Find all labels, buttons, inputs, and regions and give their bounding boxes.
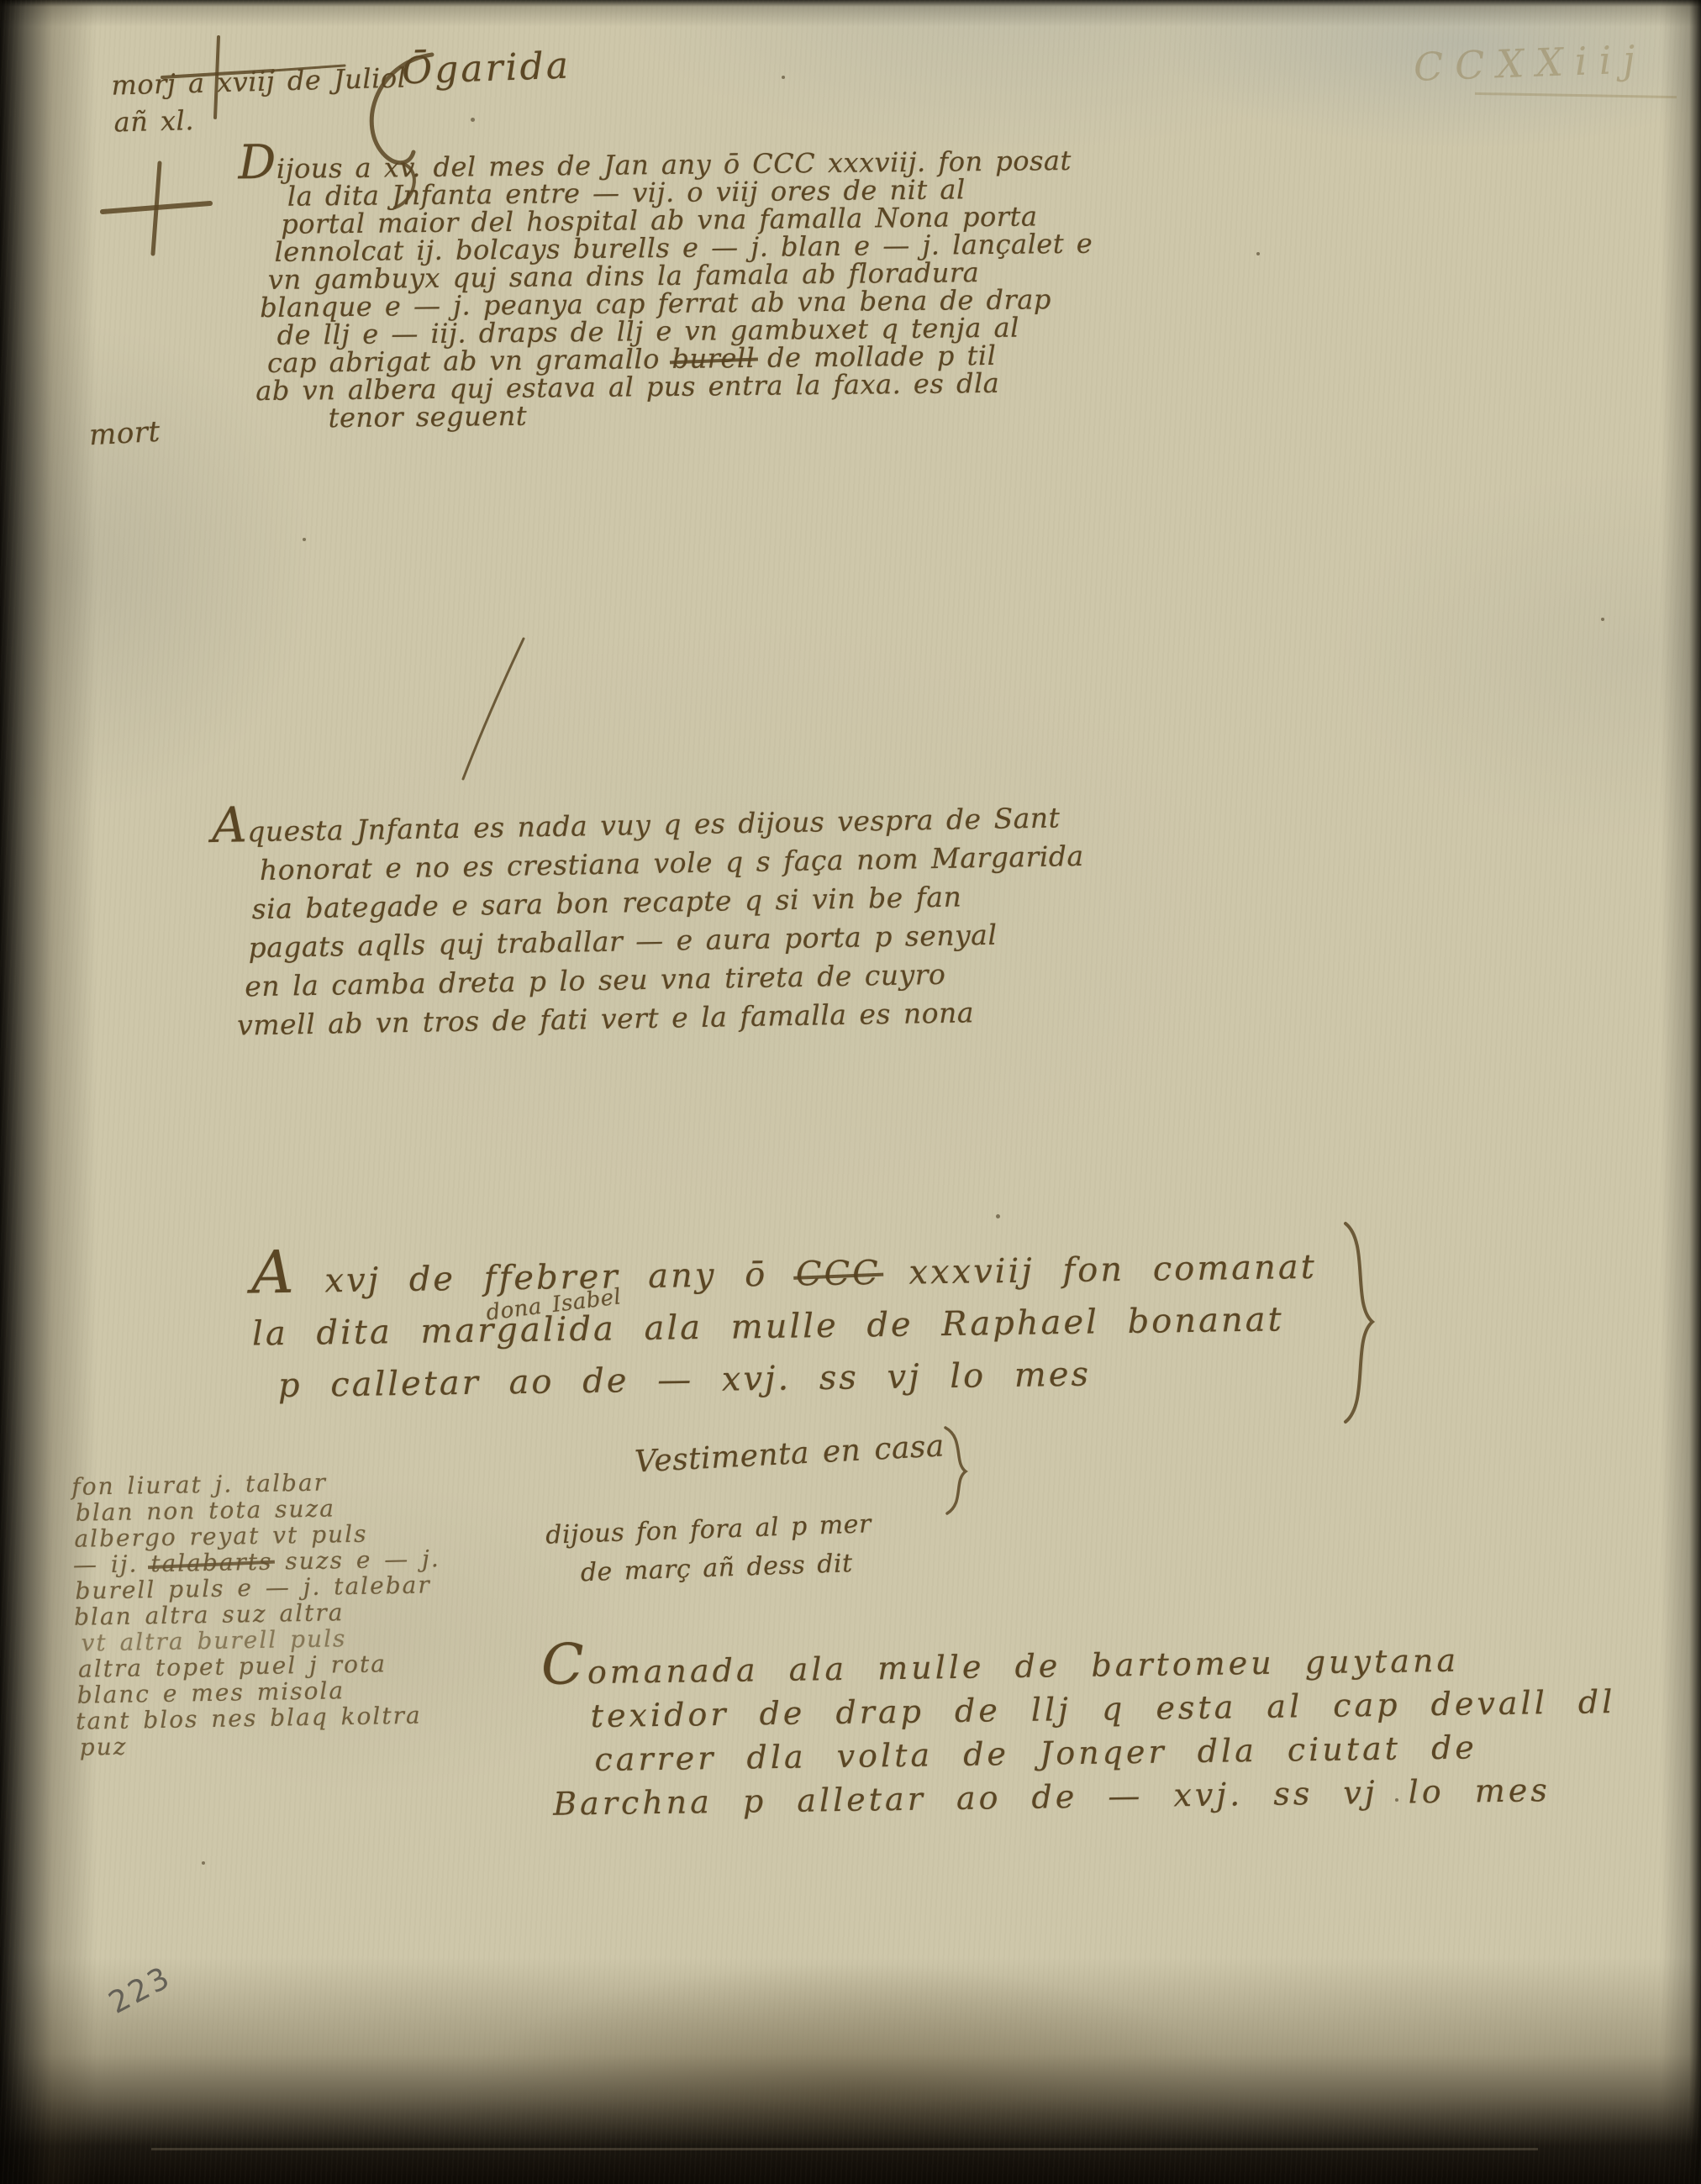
line-segment: A xvj de ffebrer any ō bbox=[251, 1255, 796, 1301]
struck-word: CCC bbox=[796, 1247, 882, 1300]
ink-speck bbox=[1256, 252, 1260, 255]
page-edge-highlight bbox=[151, 2148, 1538, 2150]
ink-speck bbox=[1601, 618, 1604, 621]
faded-folio-inscription: CCXXiij bbox=[1413, 36, 1647, 90]
entry-record-1: Dijous a xv. del mes de Jan any ō CCC xx… bbox=[238, 137, 1094, 434]
manuscript-scan: morj a xviij de Juliol añ xl. Ōgarida CC… bbox=[0, 0, 1701, 2184]
margin-note-mort: mort bbox=[88, 415, 161, 452]
struck-word: talabarts bbox=[150, 1549, 273, 1577]
ink-speck bbox=[303, 538, 306, 541]
line-segment: xxxviij fon comanat bbox=[880, 1248, 1317, 1292]
margin-inventory-note: fon liurat j. talbar blan non tota suza … bbox=[71, 1467, 444, 1760]
date-note-vestimenta: dijous fon fora al p mer de març añ dess… bbox=[545, 1505, 874, 1593]
closing-brace-icon bbox=[1332, 1217, 1391, 1427]
entry-record-4: Comanada ala mulle de bartomeu guytana t… bbox=[541, 1629, 1618, 1826]
line-segment: — ij. bbox=[73, 1550, 151, 1579]
entry-record-3: A xvj de ffebrer any ō CCC xxxviij fon c… bbox=[213, 1236, 1319, 1413]
ink-speck bbox=[782, 76, 785, 79]
entry-record-2: Aquesta Jnfanta es nada vuy q es dijous … bbox=[208, 792, 1087, 1045]
manuscript-line: tant blos nes blaq koltra bbox=[76, 1702, 443, 1734]
ink-speck bbox=[471, 118, 475, 122]
entry-cross-icon bbox=[99, 158, 217, 259]
page-heading-name: Ōgarida bbox=[401, 45, 571, 93]
ink-speck bbox=[996, 1214, 1000, 1218]
flourish-stroke-icon bbox=[458, 634, 534, 786]
struck-word: burell bbox=[671, 345, 755, 373]
small-brace-icon bbox=[937, 1423, 979, 1519]
ink-speck bbox=[202, 1861, 205, 1865]
ink-speck bbox=[1395, 1798, 1398, 1802]
